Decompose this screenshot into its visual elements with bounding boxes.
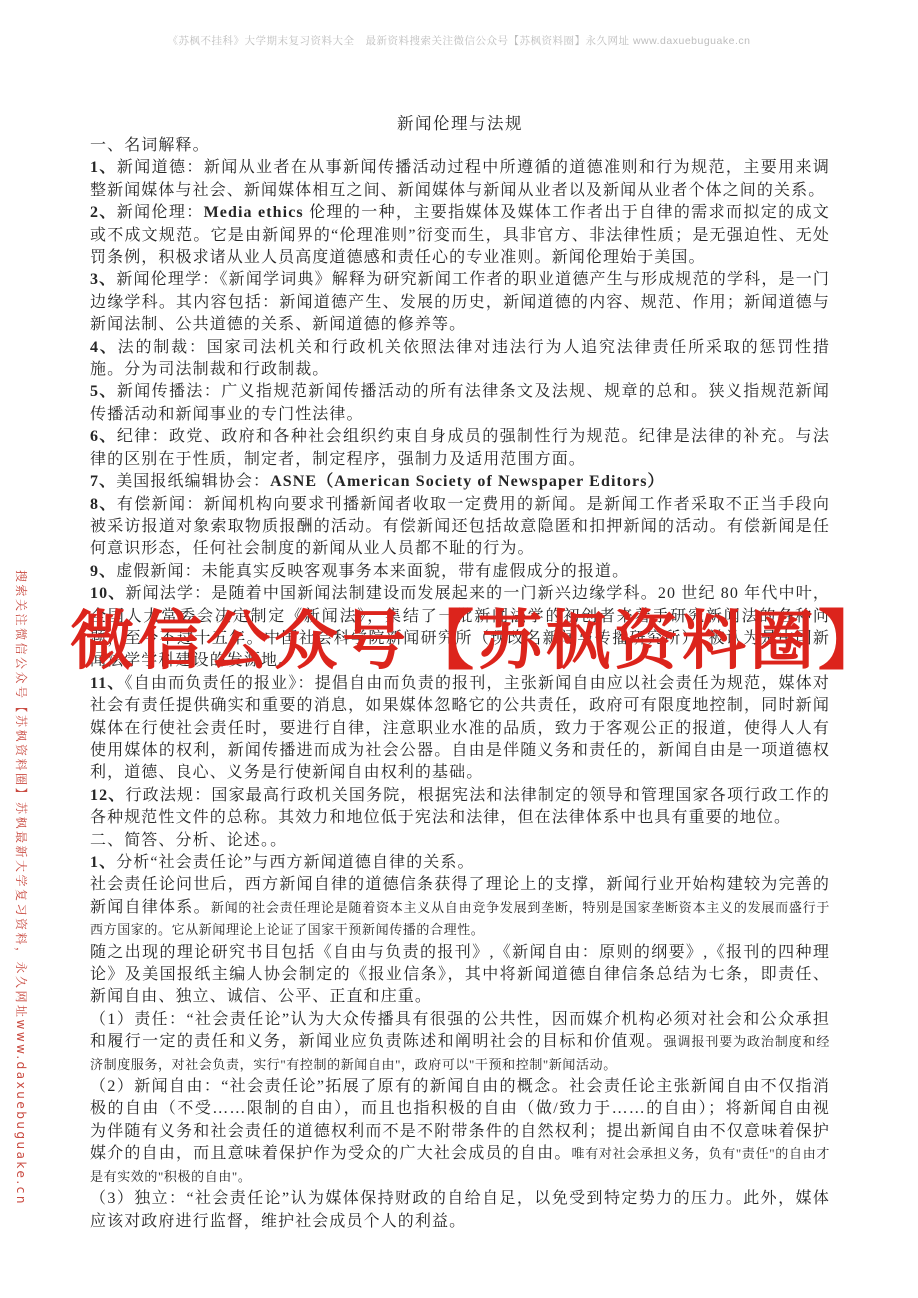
text-run: 美国报纸编辑协会： bbox=[116, 473, 270, 490]
document-content: 新闻伦理与法规 一、名词解释。1、新闻道德：新闻从业者在从事新闻传播活动过程中所… bbox=[90, 112, 830, 1233]
document-paragraph: 二、简答、分析、论述。。 bbox=[90, 830, 830, 852]
document-paragraph: 5、新闻传播法：广义指规范新闻传播活动的所有法律条文及法规、规章的总和。狭义指规… bbox=[90, 381, 830, 426]
text-run: 11、 bbox=[90, 675, 125, 692]
site-header-text: 《苏枫不挂科》大学期末复习资料大全 最新资料搜索关注微信公众号【苏枫资料圈】永久… bbox=[0, 33, 918, 48]
document-paragraph: 12、行政法规：国家最高行政机关国务院，根据宪法和法律制定的领导和管理国家各项行… bbox=[90, 785, 830, 830]
text-run: 1、 bbox=[90, 854, 116, 871]
document-body: 一、名词解释。1、新闻道德：新闻从业者在从事新闻传播活动过程中所遵循的道德准则和… bbox=[90, 135, 830, 1233]
document-paragraph: 7、美国报纸编辑协会：ASNE（American Society of News… bbox=[90, 471, 830, 493]
document-paragraph: 2、新闻伦理：Media ethics 伦理的一种，主要指媒体及媒体工作者出于自… bbox=[90, 202, 830, 269]
text-run: 4、 bbox=[90, 339, 118, 356]
document-paragraph: 一、名词解释。 bbox=[90, 135, 830, 157]
text-run: Media ethics bbox=[204, 204, 310, 221]
text-run: 12、 bbox=[90, 787, 125, 804]
document-paragraph: 11、《自由而负责任的报业》：提倡自由而负责的报刊，主张新闻自由应以社会责任为规… bbox=[90, 673, 830, 785]
text-run: 1、 bbox=[90, 159, 117, 176]
text-run: 法的制裁：国家司法机关和行政机关依照法律对违法行为人追究法律责任所采取的惩罚性措… bbox=[90, 339, 830, 378]
document-paragraph: 9、虚假新闻：未能真实反映客观事务本来面貌，带有虚假成分的报道。 bbox=[90, 561, 830, 583]
document-paragraph: 3、新闻伦理学：《新闻学词典》解释为研究新闻工作者的职业道德产生与形成规范的学科… bbox=[90, 269, 830, 336]
text-run: 随之出现的理论研究书目包括《自由与负责的报刊》,《新闻自由：原则的纲要》,《报刊… bbox=[90, 944, 830, 1006]
document-paragraph: 6、纪律：政党、政府和各种社会组织约束自身成员的强制性行为规范。纪律是法律的补充… bbox=[90, 426, 830, 471]
document-paragraph: （3）独立：“社会责任论”认为媒体保持财政的自给自足，以免受到特定势力的压力。此… bbox=[90, 1188, 830, 1233]
document-paragraph: 随之出现的理论研究书目包括《自由与负责的报刊》,《新闻自由：原则的纲要》,《报刊… bbox=[90, 942, 830, 1009]
text-run: 二、简答、分析、论述。。 bbox=[90, 832, 287, 849]
text-run: 虚假新闻：未能真实反映客观事务本来面貌，带有虚假成分的报道。 bbox=[116, 563, 629, 580]
document-paragraph: 1、新闻道德：新闻从业者在从事新闻传播活动过程中所遵循的道德准则和行为规范，主要… bbox=[90, 157, 830, 202]
text-run: 《自由而负责任的报业》：提倡自由而负责的报刊，主张新闻自由应以社会责任为规范，媒… bbox=[90, 675, 830, 782]
document-paragraph: 8、有偿新闻：新闻机构向要求刊播新闻者收取一定费用的新闻。是新闻工作者采取不正当… bbox=[90, 494, 830, 561]
document-paragraph: （2）新闻自由：“社会责任论”拓展了原有的新闻自由的概念。社会责任论主张新闻自由… bbox=[90, 1076, 830, 1188]
text-run: 一、名词解释。 bbox=[90, 137, 210, 154]
text-run: 新闻伦理学：《新闻学词典》解释为研究新闻工作者的职业道德产生与形成规范的学科，是… bbox=[90, 271, 830, 333]
text-run: 7、 bbox=[90, 473, 116, 490]
document-paragraph: （1）责任：“社会责任论”认为大众传播具有很强的公共性，因而媒介机构必须对社会和… bbox=[90, 1009, 830, 1076]
text-run: 5、 bbox=[90, 383, 117, 400]
text-run: 6、 bbox=[90, 428, 117, 445]
text-run: ASNE（American Society of Newspaper Edito… bbox=[270, 473, 665, 490]
text-run: 9、 bbox=[90, 563, 116, 580]
text-run: 新闻法学：是随着中国新闻法制建设而发展起来的一门新兴边缘学科。20 世纪 80 … bbox=[90, 585, 830, 669]
document-paragraph: 1、分析“社会责任论”与西方新闻道德自律的关系。 bbox=[90, 852, 830, 874]
text-run: 分析“社会责任论”与西方新闻道德自律的关系。 bbox=[116, 854, 474, 871]
text-run: 8、 bbox=[90, 496, 117, 513]
text-run: 行政法规：国家最高行政机关国务院，根据宪法和法律制定的领导和管理国家各项行政工作… bbox=[90, 787, 830, 826]
text-run: 3、 bbox=[90, 271, 116, 288]
text-run: 有偿新闻：新闻机构向要求刊播新闻者收取一定费用的新闻。是新闻工作者采取不正当手段… bbox=[90, 496, 830, 558]
document-page: 《苏枫不挂科》大学期末复习资料大全 最新资料搜索关注微信公众号【苏枫资料圈】永久… bbox=[0, 0, 918, 1298]
text-run: 10、 bbox=[90, 585, 125, 602]
text-run: 新闻传播法：广义指规范新闻传播活动的所有法律条文及法规、规章的总和。狭义指规范新… bbox=[90, 383, 830, 422]
text-run: 新闻道德：新闻从业者在从事新闻传播活动过程中所遵循的道德准则和行为规范，主要用来… bbox=[90, 159, 830, 198]
document-paragraph: 4、法的制裁：国家司法机关和行政机关依照法律对违法行为人追究法律责任所采取的惩罚… bbox=[90, 337, 830, 382]
text-run: （3）独立：“社会责任论”认为媒体保持财政的自给自足，以免受到特定势力的压力。此… bbox=[90, 1190, 830, 1229]
text-run: 纪律：政党、政府和各种社会组织约束自身成员的强制性行为规范。纪律是法律的补充。与… bbox=[90, 428, 830, 467]
watermark-side: 搜索关注微信公众号【苏枫资料圈】苏枫最新大学复习资料，永久网址www.daxue… bbox=[13, 570, 30, 1206]
document-paragraph: 10、新闻法学：是随着中国新闻法制建设而发展起来的一门新兴边缘学科。20 世纪 … bbox=[90, 583, 830, 673]
document-paragraph: 社会责任论问世后，西方新闻自律的道德信条获得了理论上的支撑，新闻行业开始构建较为… bbox=[90, 874, 830, 941]
document-title: 新闻伦理与法规 bbox=[90, 112, 830, 135]
text-run: 2、 bbox=[90, 204, 117, 221]
text-run: 新闻伦理： bbox=[117, 204, 204, 221]
